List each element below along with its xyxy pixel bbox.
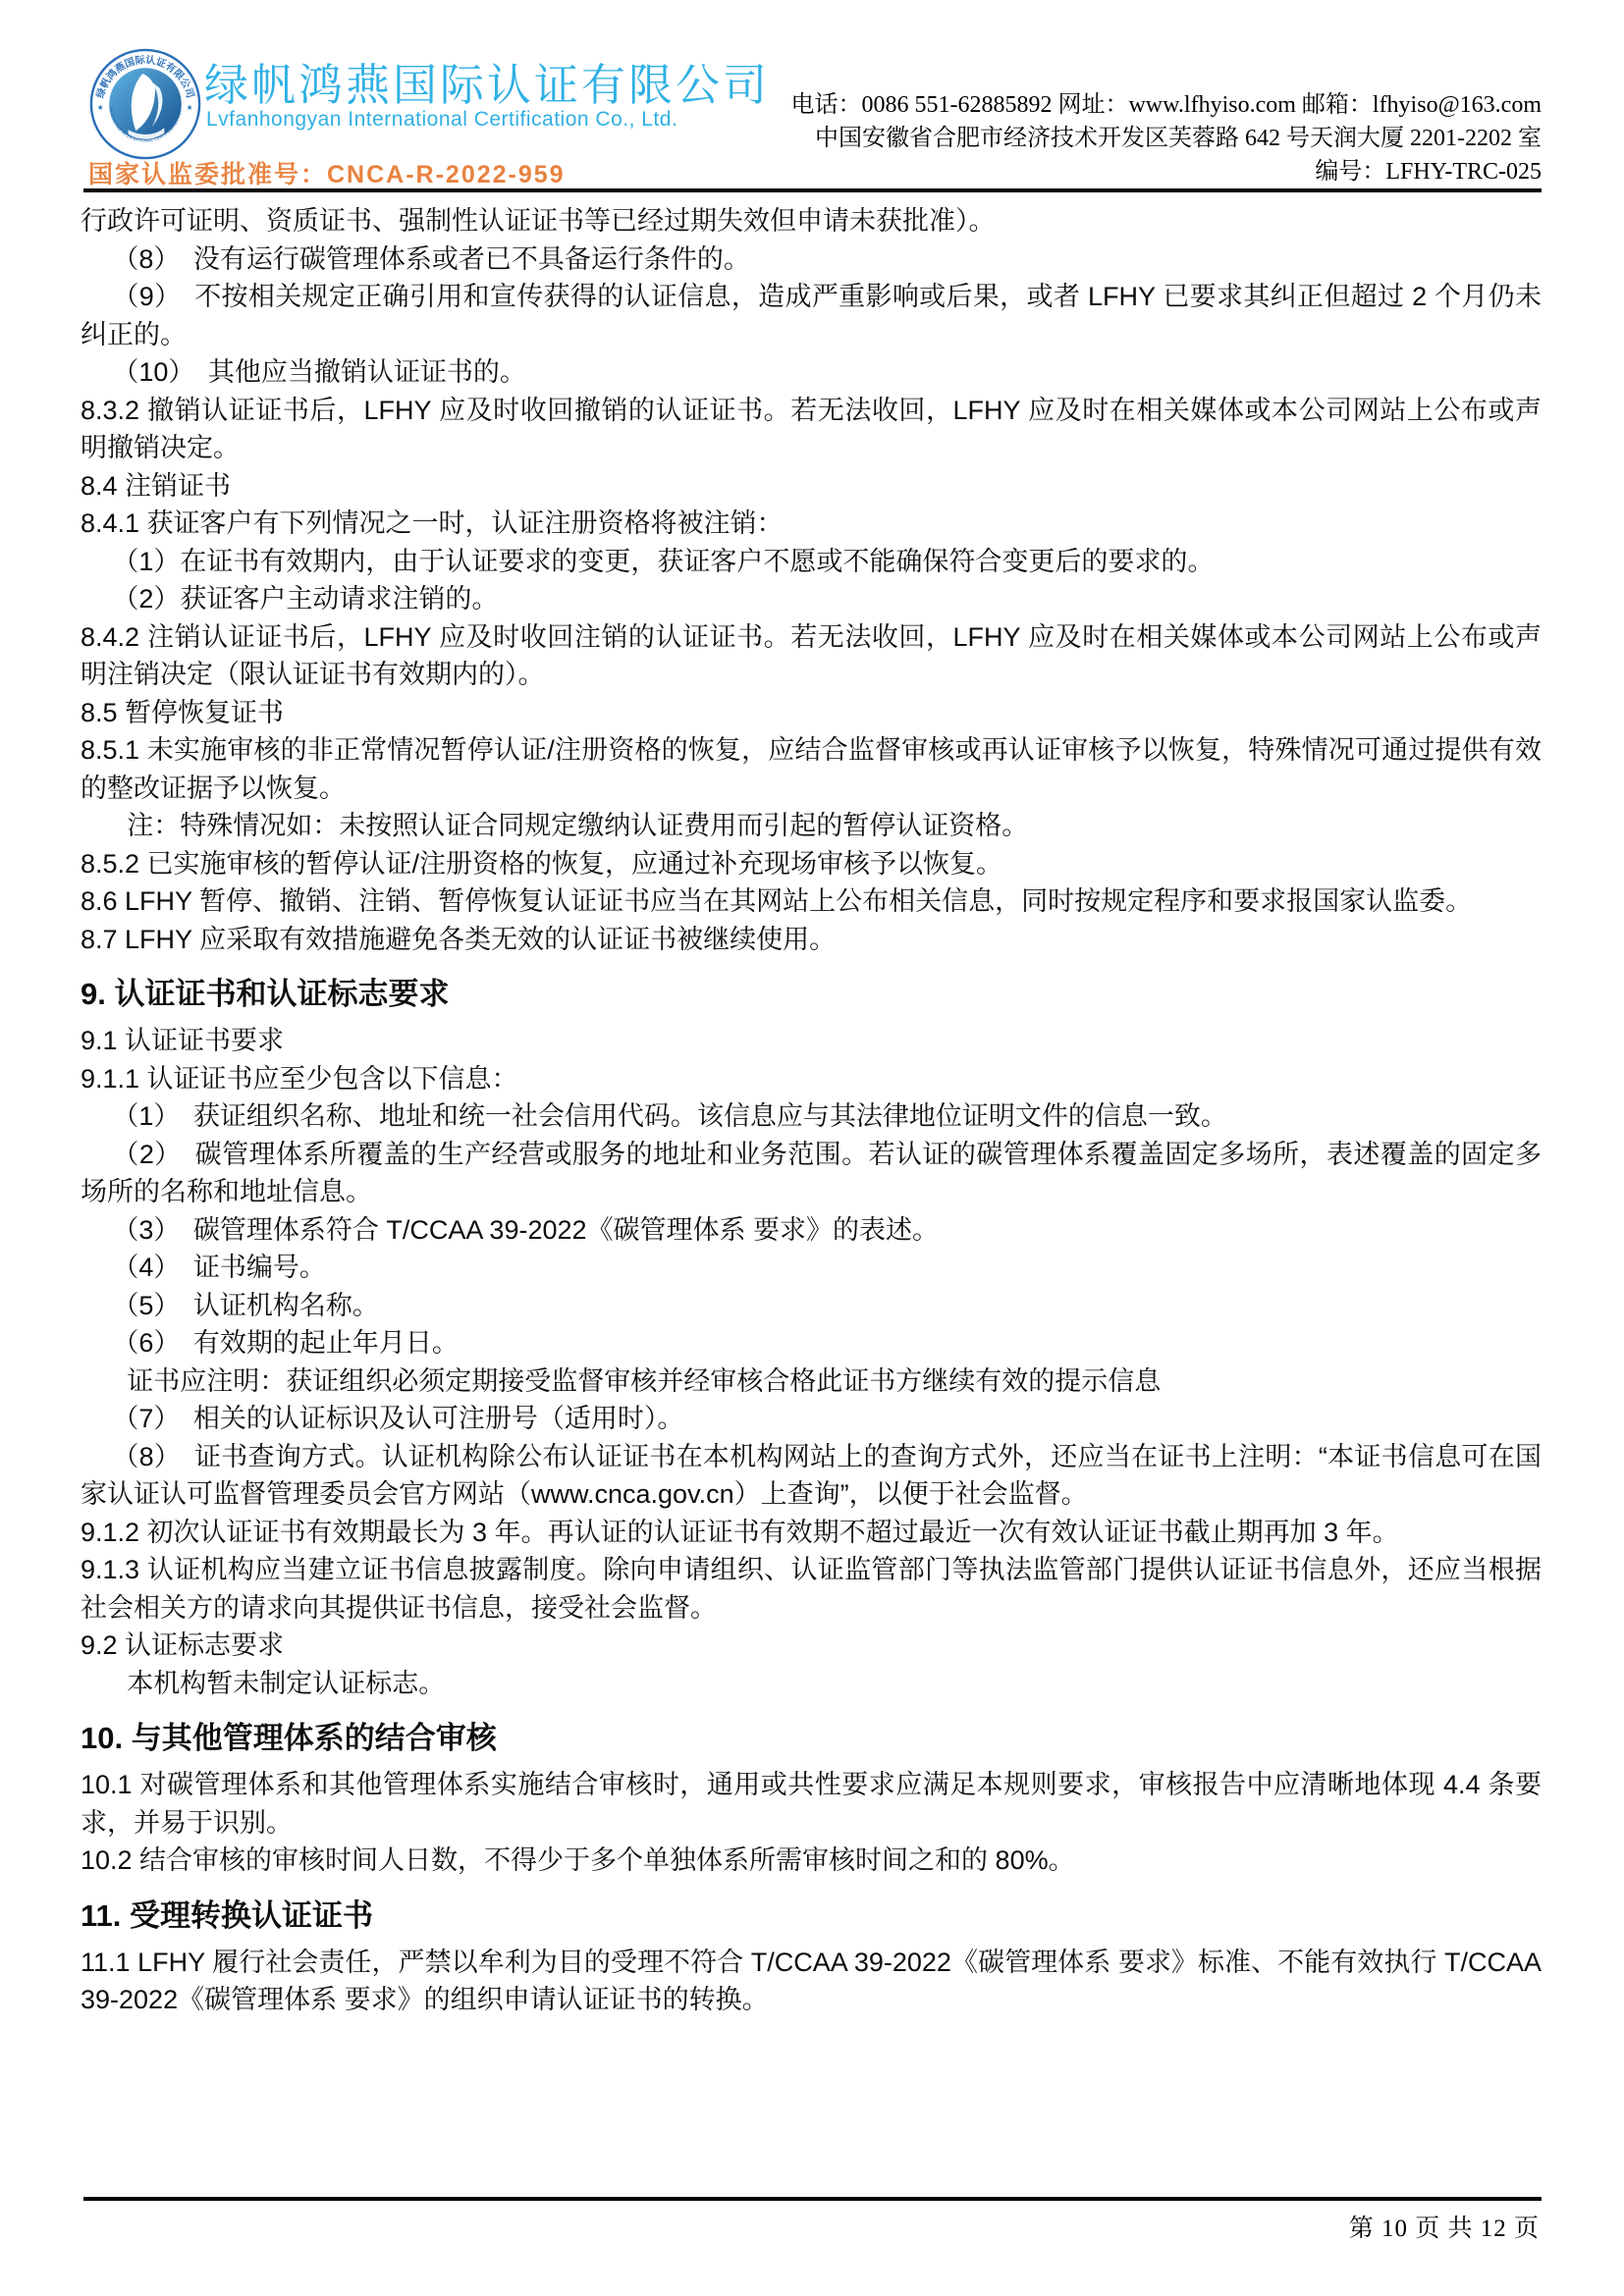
paragraph: （2）获证客户主动请求注销的。 [81,580,1542,618]
paragraph: 9.1.1 认证证书应至少包含以下信息： [81,1060,1542,1098]
company-name-en: Lvfanhongyan International Certification… [206,108,677,132]
paragraph: 9.1.3 认证机构应当建立证书信息披露制度。除向申请组织、认证监管部门等执法监… [81,1551,1542,1627]
paragraph: 8.7 LFHY 应采取有效措施避免各类无效的认证证书被继续使用。 [81,921,1542,959]
paragraph: （3） 碳管理体系符合 T/CCAA 39-2022《碳管理体系 要求》的表述。 [81,1211,1542,1250]
footer-divider [83,2197,1542,2201]
logo-star-left: ★ [97,103,104,112]
paragraph: 9.2 认证标志要求 [81,1627,1542,1665]
paragraph: 11.1 LFHY 履行社会责任，严禁以牟利为目的受理不符合 T/CCAA 39… [81,1944,1542,2019]
company-name-cn: 绿帆鸿燕国际认证有限公司 [204,49,770,113]
paragraph: 本机构暂未制定认证标志。 [81,1665,1542,1703]
paragraph: （5） 认证机构名称。 [81,1287,1542,1325]
paragraph: 8.5.2 已实施审核的暂停认证/注册资格的恢复，应通过补充现场审核予以恢复。 [81,845,1542,883]
section-heading: 9. 认证证书和认证标志要求 [81,975,1542,1014]
doc-number: 编号：LFHY-TRC-025 [790,155,1542,188]
paragraph: （2） 碳管理体系所覆盖的生产经营或服务的地址和业务范围。若认证的碳管理体系覆盖… [81,1136,1542,1211]
company-logo: 绿帆鸿燕国际认证有限公司 LVFANHONGYAN INTERNATIONAL … [88,47,202,161]
paragraph: 证书应注明：获证组织必须定期接受监督审核并经审核合格此证书方继续有效的提示信息 [81,1362,1542,1401]
page-number: 第 10 页 共 12 页 [1349,2209,1540,2244]
header-divider [83,188,1542,192]
paragraph: 9.1 认证证书要求 [81,1022,1542,1060]
logo-star-right: ★ [187,103,193,112]
paragraph: （1）在证书有效期内，由于认证要求的变更，获证客户不愿或不能确保符合变更后的要求… [81,543,1542,581]
paragraph: 8.5.1 未实施审核的非正常情况暂停认证/注册资格的恢复，应结合监督审核或再认… [81,731,1542,807]
paragraph: （6） 有效期的起止年月日。 [81,1324,1542,1362]
paragraph: 注：特殊情况如：未按照认证合同规定缴纳认证费用而引起的暂停认证资格。 [81,807,1542,845]
section-heading: 11. 受理转换认证证书 [81,1896,1542,1936]
contact-line: 电话：0086 551-62885892 网址：www.lfhyiso.com … [790,88,1542,122]
section-heading: 10. 与其他管理体系的结合审核 [81,1719,1542,1758]
paragraph: 10.2 结合审核的审核时间人日数，不得少于多个单独体系所需审核时间之和的 80… [81,1842,1542,1880]
approval-number: 国家认监委批准号：CNCA-R-2022-959 [88,155,566,190]
paragraph: （7） 相关的认证标识及认可注册号（适用时）。 [81,1400,1542,1438]
paragraph: （8） 证书查询方式。认证机构除公布认证证书在本机构网站上的查询方式外，还应当在… [81,1438,1542,1514]
document-body: 行政许可证明、资质证书、强制性认证证书等已经过期失效但申请未获批准）。（8） 没… [81,202,1542,2019]
paragraph: （8） 没有运行碳管理体系或者已不具备运行条件的。 [81,240,1542,279]
paragraph: 行政许可证明、资质证书、强制性认证证书等已经过期失效但申请未获批准）。 [81,202,1542,240]
paragraph: 8.4.1 获证客户有下列情况之一时，认证注册资格将被注销： [81,505,1542,543]
paragraph: （4） 证书编号。 [81,1249,1542,1287]
paragraph: 8.3.2 撤销认证证书后，LFHY 应及时收回撤销的认证证书。若无法收回，LF… [81,392,1542,467]
paragraph: 9.1.2 初次认证证书有效期最长为 3 年。再认证的认证证书有效期不超过最近一… [81,1514,1542,1552]
paragraph: 8.5 暂停恢复证书 [81,694,1542,732]
paragraph: （1） 获证组织名称、地址和统一社会信用代码。该信息应与其法律地位证明文件的信息… [81,1097,1542,1136]
paragraph: 8.6 LFHY 暂停、撤销、注销、暂停恢复认证证书应当在其网站上公布相关信息，… [81,882,1542,921]
document-page: 绿帆鸿燕国际认证有限公司 LVFANHONGYAN INTERNATIONAL … [0,0,1624,2296]
paragraph: 10.1 对碳管理体系和其他管理体系实施结合审核时，通用或共性要求应满足本规则要… [81,1766,1542,1842]
paragraph: （9） 不按相关规定正确引用和宣传获得的认证信息，造成严重影响或后果，或者 LF… [81,278,1542,353]
paragraph: （10） 其他应当撤销认证证书的。 [81,353,1542,392]
header-contact-block: 电话：0086 551-62885892 网址：www.lfhyiso.com … [790,88,1542,188]
paragraph: 8.4.2 注销认证证书后，LFHY 应及时收回注销的认证证书。若无法收回，LF… [81,618,1542,694]
document-header: 绿帆鸿燕国际认证有限公司 LVFANHONGYAN INTERNATIONAL … [0,0,1624,192]
address-line: 中国安徽省合肥市经济技术开发区芙蓉路 642 号天润大厦 2201-2202 室 [790,122,1542,155]
paragraph: 8.4 注销证书 [81,467,1542,506]
